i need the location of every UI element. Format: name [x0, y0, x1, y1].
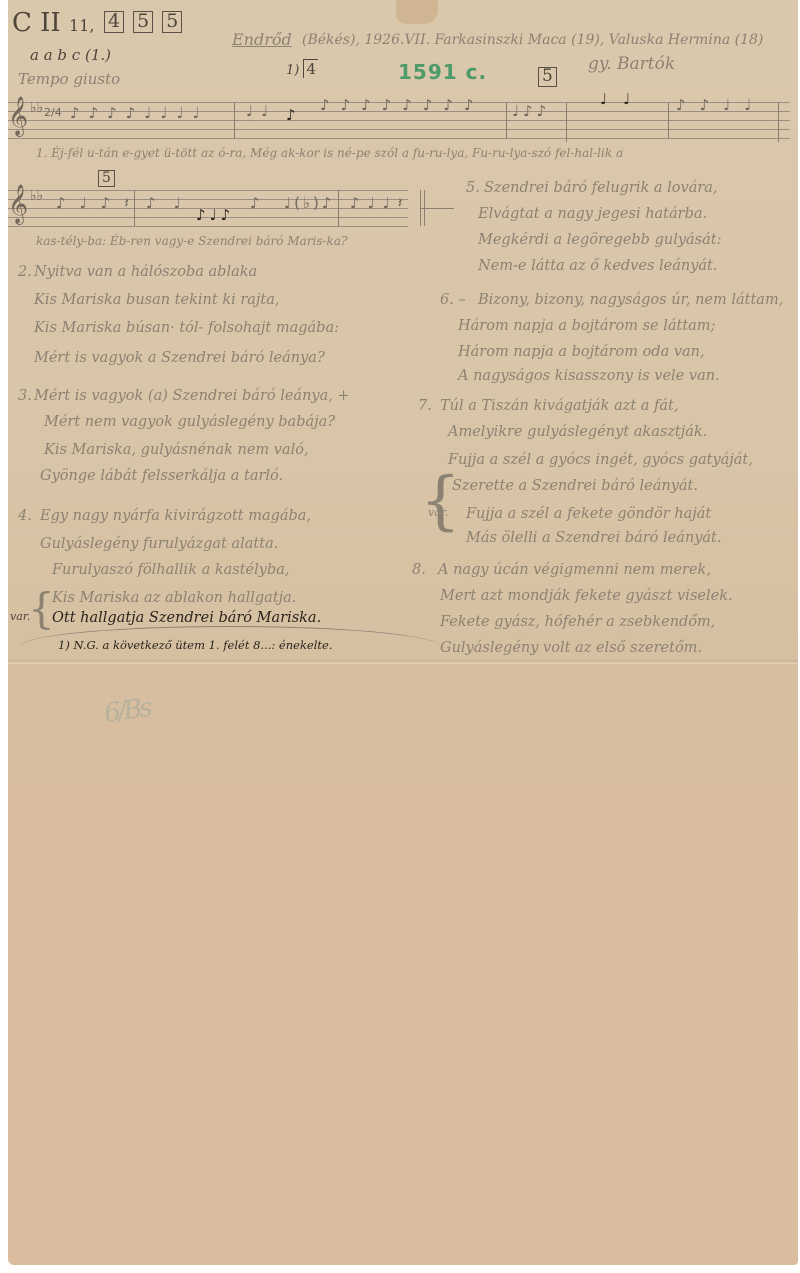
verse-2-line-2: Kis Mariska busan tekint ki rajta,	[34, 292, 280, 308]
staff1-ink-note: ♪	[286, 106, 296, 124]
staff1-notes-m5: ♩♩	[600, 90, 646, 108]
verse-4-variant: Ott hallgatja Szendrei báró Mariska.	[52, 610, 321, 626]
catalog-label: C II	[12, 8, 61, 38]
staff2-notes-m4: ♩(♭)♪	[284, 194, 334, 212]
verse-4-line-3: Furulyaszó fölhallik a kastélyba,	[52, 562, 290, 578]
verse-7-line-3: Fujja a szél a gyócs ingét, gyócs gatyáj…	[448, 452, 753, 468]
catalog-number: C II 11,	[12, 8, 94, 38]
footnote-box: 4	[303, 59, 318, 78]
tempo-label: Tempo giusto	[18, 70, 120, 88]
staff1-notes-m6: ♪♪♩♩	[676, 96, 765, 114]
staff2-notes-m5: ♪♩♩𝄽	[350, 194, 410, 212]
location-details: (Békés), 1926.VII. Farkasinszki Maca (19…	[302, 32, 763, 48]
verse-5-line-3: Megkérdi a legöregebb gulyását:	[478, 232, 721, 248]
verse-8-number: 8.	[412, 562, 426, 578]
location-label: Endrőd	[232, 30, 292, 49]
verse-3-number: 3.	[18, 388, 32, 404]
verse-5-number: 5.	[466, 180, 480, 196]
verse-4-line-4: Kis Mariska az ablakon hallgatja.	[52, 590, 296, 606]
verse-6-line-2: Három napja a bojtárom se láttam;	[458, 318, 715, 334]
verse-6-line-1: Bizony, bizony, nagyságos úr, nem láttam…	[478, 292, 783, 308]
verse-7-variant-label: var.	[428, 506, 448, 519]
verse-6-number: 6. –	[440, 292, 466, 308]
staff2-box-number: 5	[98, 170, 115, 187]
box-5b: 5	[162, 11, 182, 33]
staff2-continuation-line	[420, 208, 454, 209]
staff1-notes-m2: ♩♩	[246, 102, 276, 120]
verse-5-line-1: Szendrei báró felugrik a lovára,	[484, 180, 718, 196]
staff1-notes-m1: ♪♪♪♪♩♩♩♩	[70, 104, 209, 122]
box-5a: 5	[133, 11, 153, 33]
verse-2-line-1: Nyitva van a hálószoba ablaka	[34, 264, 257, 280]
verse-8-line-2: Mert azt mondják fekete gyászt viselek.	[440, 588, 733, 604]
header-boxes: 4 5 5	[104, 10, 185, 33]
paper-stain	[396, 0, 438, 24]
collector-name: gy. Bartók	[588, 54, 675, 74]
staff2-lyric: kas-tély-ba: Éb-ren vagy-e Szendrei báró…	[36, 234, 347, 248]
verse-7-line-1: Túl a Tiszán kivágatják azt a fát,	[440, 398, 678, 414]
variant-brace-7: {	[420, 464, 461, 538]
verse-2-line-3: Kis Mariska búsan· tól- folsohajt magába…	[34, 320, 339, 336]
section-box-number: 5	[538, 67, 557, 87]
lower-pencil-mark: 6/Bs	[102, 693, 151, 729]
verse-7-variant-line-2: Más ölelli a Szendrei báró leányát.	[466, 530, 721, 546]
verse-5-line-2: Elvágtat a nagy jegesi határba.	[478, 206, 707, 222]
treble-clef-icon: 𝄞	[8, 96, 28, 136]
box-4: 4	[104, 11, 124, 33]
section-box: 5	[538, 66, 560, 87]
key-signature: ♭♭	[30, 100, 43, 116]
staff2-notes-m2: ♪♩	[146, 194, 199, 212]
verse-5-line-4: Nem-e látta az ő kedves leányát.	[478, 258, 717, 274]
archive-number: 1591 c.	[398, 60, 487, 84]
verse-2-number: 2.	[18, 264, 32, 280]
verse-2-line-4: Mért is vagyok a Szendrei báró leánya?	[34, 350, 325, 366]
verse-3-line-3: Kis Mariska, gulyásnénak nem való,	[44, 442, 309, 458]
verse-4-variant-label: var.	[10, 610, 30, 623]
verse-4-line-2: Gulyáslegény furulyázgat alatta.	[40, 536, 278, 552]
verse-6-line-4: A nagyságos kisasszony is vele van.	[458, 368, 720, 384]
verse-8-line-4: Gulyáslegény volt az első szeretőm.	[440, 640, 702, 656]
staff1-notes-m3: ♪♪♪♪♪♪♪♪	[320, 96, 485, 114]
key-signature-2: ♭♭	[30, 188, 43, 204]
verse-3-line-1: Mért is vagyok (a) Szendrei báró leánya,…	[34, 388, 350, 404]
footnote-mark: 1)	[286, 63, 299, 78]
staff2-ink-notes: ♪♩♪	[196, 206, 234, 224]
verse-7-variant-line-1: Fujja a szél a fekete göndör haját	[466, 506, 711, 522]
verse-7-number: 7.	[418, 398, 432, 414]
verse-8-line-3: Fekete gyász, hófehér a zsebkendőm,	[440, 614, 715, 630]
verse-8-line-1: A nagy úcán végigmenni nem merek,	[438, 562, 711, 578]
pencil-curve	[20, 626, 440, 667]
staff1-lyric: 1. Éj-fél u-tán e-gyet ü-tött az ó-ra, M…	[36, 146, 623, 160]
verse-4-number: 4.	[18, 508, 32, 524]
verse-3-line-2: Mért nem vagyok gulyáslegény babája?	[44, 414, 335, 430]
verse-7-line-4: Szerette a Szendrei báró leányát.	[452, 478, 698, 494]
form-label: a a b c (1.)	[30, 46, 111, 64]
catalog-suffix: 11,	[69, 16, 94, 35]
verse-6-line-3: Három napja a bojtárom oda van,	[458, 344, 705, 360]
verse-3-line-4: Gyönge lábát felsserkálja a tarló.	[40, 468, 283, 484]
staff2-notes-m1: ♪♩♪𝄽	[56, 194, 143, 212]
staff1-notes-m4: ♩♪♪	[512, 102, 550, 120]
variant-brace: {	[28, 584, 55, 633]
verse-4-line-1: Egy nagy nyárfa kivirágzott magába,	[40, 508, 311, 524]
footnote-marker: 1) 4	[286, 60, 318, 78]
verse-7-line-2: Amelyikre gulyáslegényt akasztják.	[448, 424, 707, 440]
staff2-note-m3: ♪	[250, 194, 260, 212]
staff2-box: 5	[98, 170, 118, 187]
treble-clef-icon-2: 𝄞	[8, 184, 28, 224]
time-signature: 2/4	[44, 106, 62, 119]
